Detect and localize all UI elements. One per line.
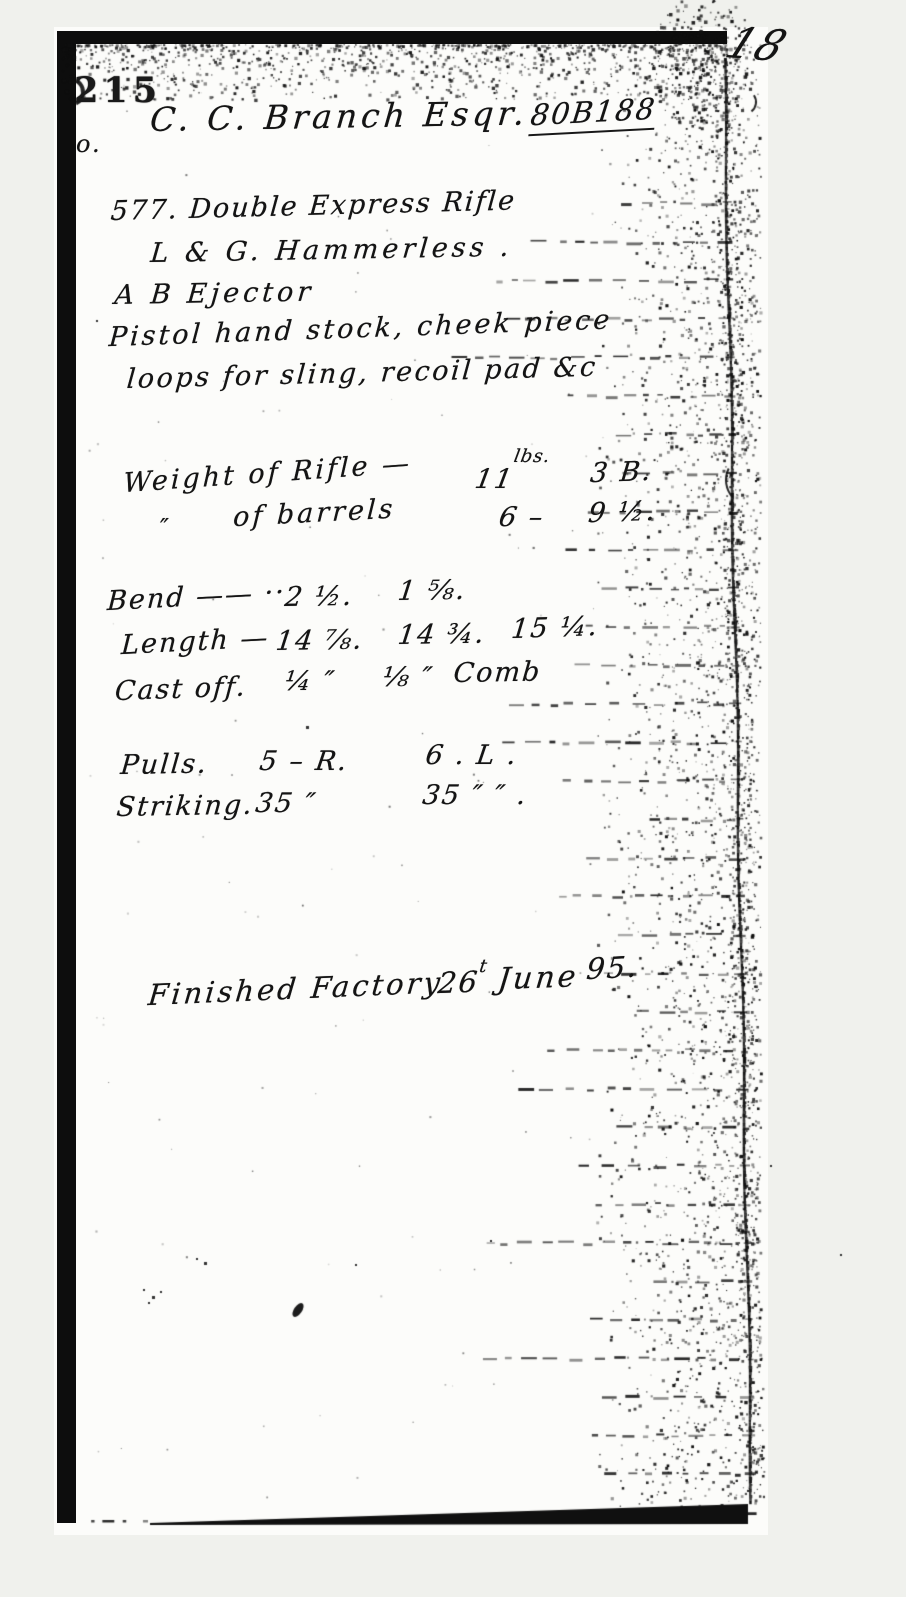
finished-month: June <box>496 959 580 997</box>
pulls-label: Pulls. <box>119 748 209 781</box>
description-line: L & G. Hammerless . <box>149 232 514 269</box>
scanned-ledger-page: 215 18 o. C. C. Branch Esqr. 80B188 577.… <box>0 0 906 1597</box>
weight-barrels-lbs: 6 – <box>497 502 548 533</box>
finished-day: 26 <box>436 965 480 1001</box>
finished-year: 95. <box>585 949 640 986</box>
margin-mark: o. <box>76 130 102 158</box>
weight-barrels-oz: 9 ½. <box>587 496 659 530</box>
length-value: 15 ¼. <box>510 611 601 645</box>
ditto-mark: ″ <box>160 514 171 542</box>
cast-off-label: Cast off. <box>114 671 248 707</box>
weight-rifle-lbs: 11 <box>473 464 517 495</box>
striking-left-value: 35 ″ ″ . <box>421 780 530 811</box>
description-line: A B Ejector <box>113 277 315 312</box>
length-value: 14 ¾. <box>396 618 488 651</box>
bend-value: 1 ⅝. <box>396 575 468 607</box>
striking-right-value: 35 ″ <box>254 788 319 819</box>
weight-rifle-unit: lbs. <box>512 446 552 467</box>
comb-label: Comb <box>452 656 543 689</box>
weight-rifle-oz: 3 B. <box>589 456 654 489</box>
client-name: C. C. Branch Esqr. <box>149 93 530 139</box>
cast-off-value: ⅛ ″ <box>381 662 436 693</box>
order-number: 80B188 <box>528 91 658 136</box>
pulls-left-value: 6 . L . <box>424 740 520 771</box>
bend-value: 2 ½. <box>283 581 355 613</box>
pulls-right-value: 5 – R. <box>258 746 351 777</box>
length-value: 14 ⅞. <box>274 624 366 657</box>
cast-off-value: ¼ ″ <box>283 666 338 697</box>
printed-page-number: 215 <box>74 70 162 111</box>
striking-label: Striking. <box>115 790 255 823</box>
